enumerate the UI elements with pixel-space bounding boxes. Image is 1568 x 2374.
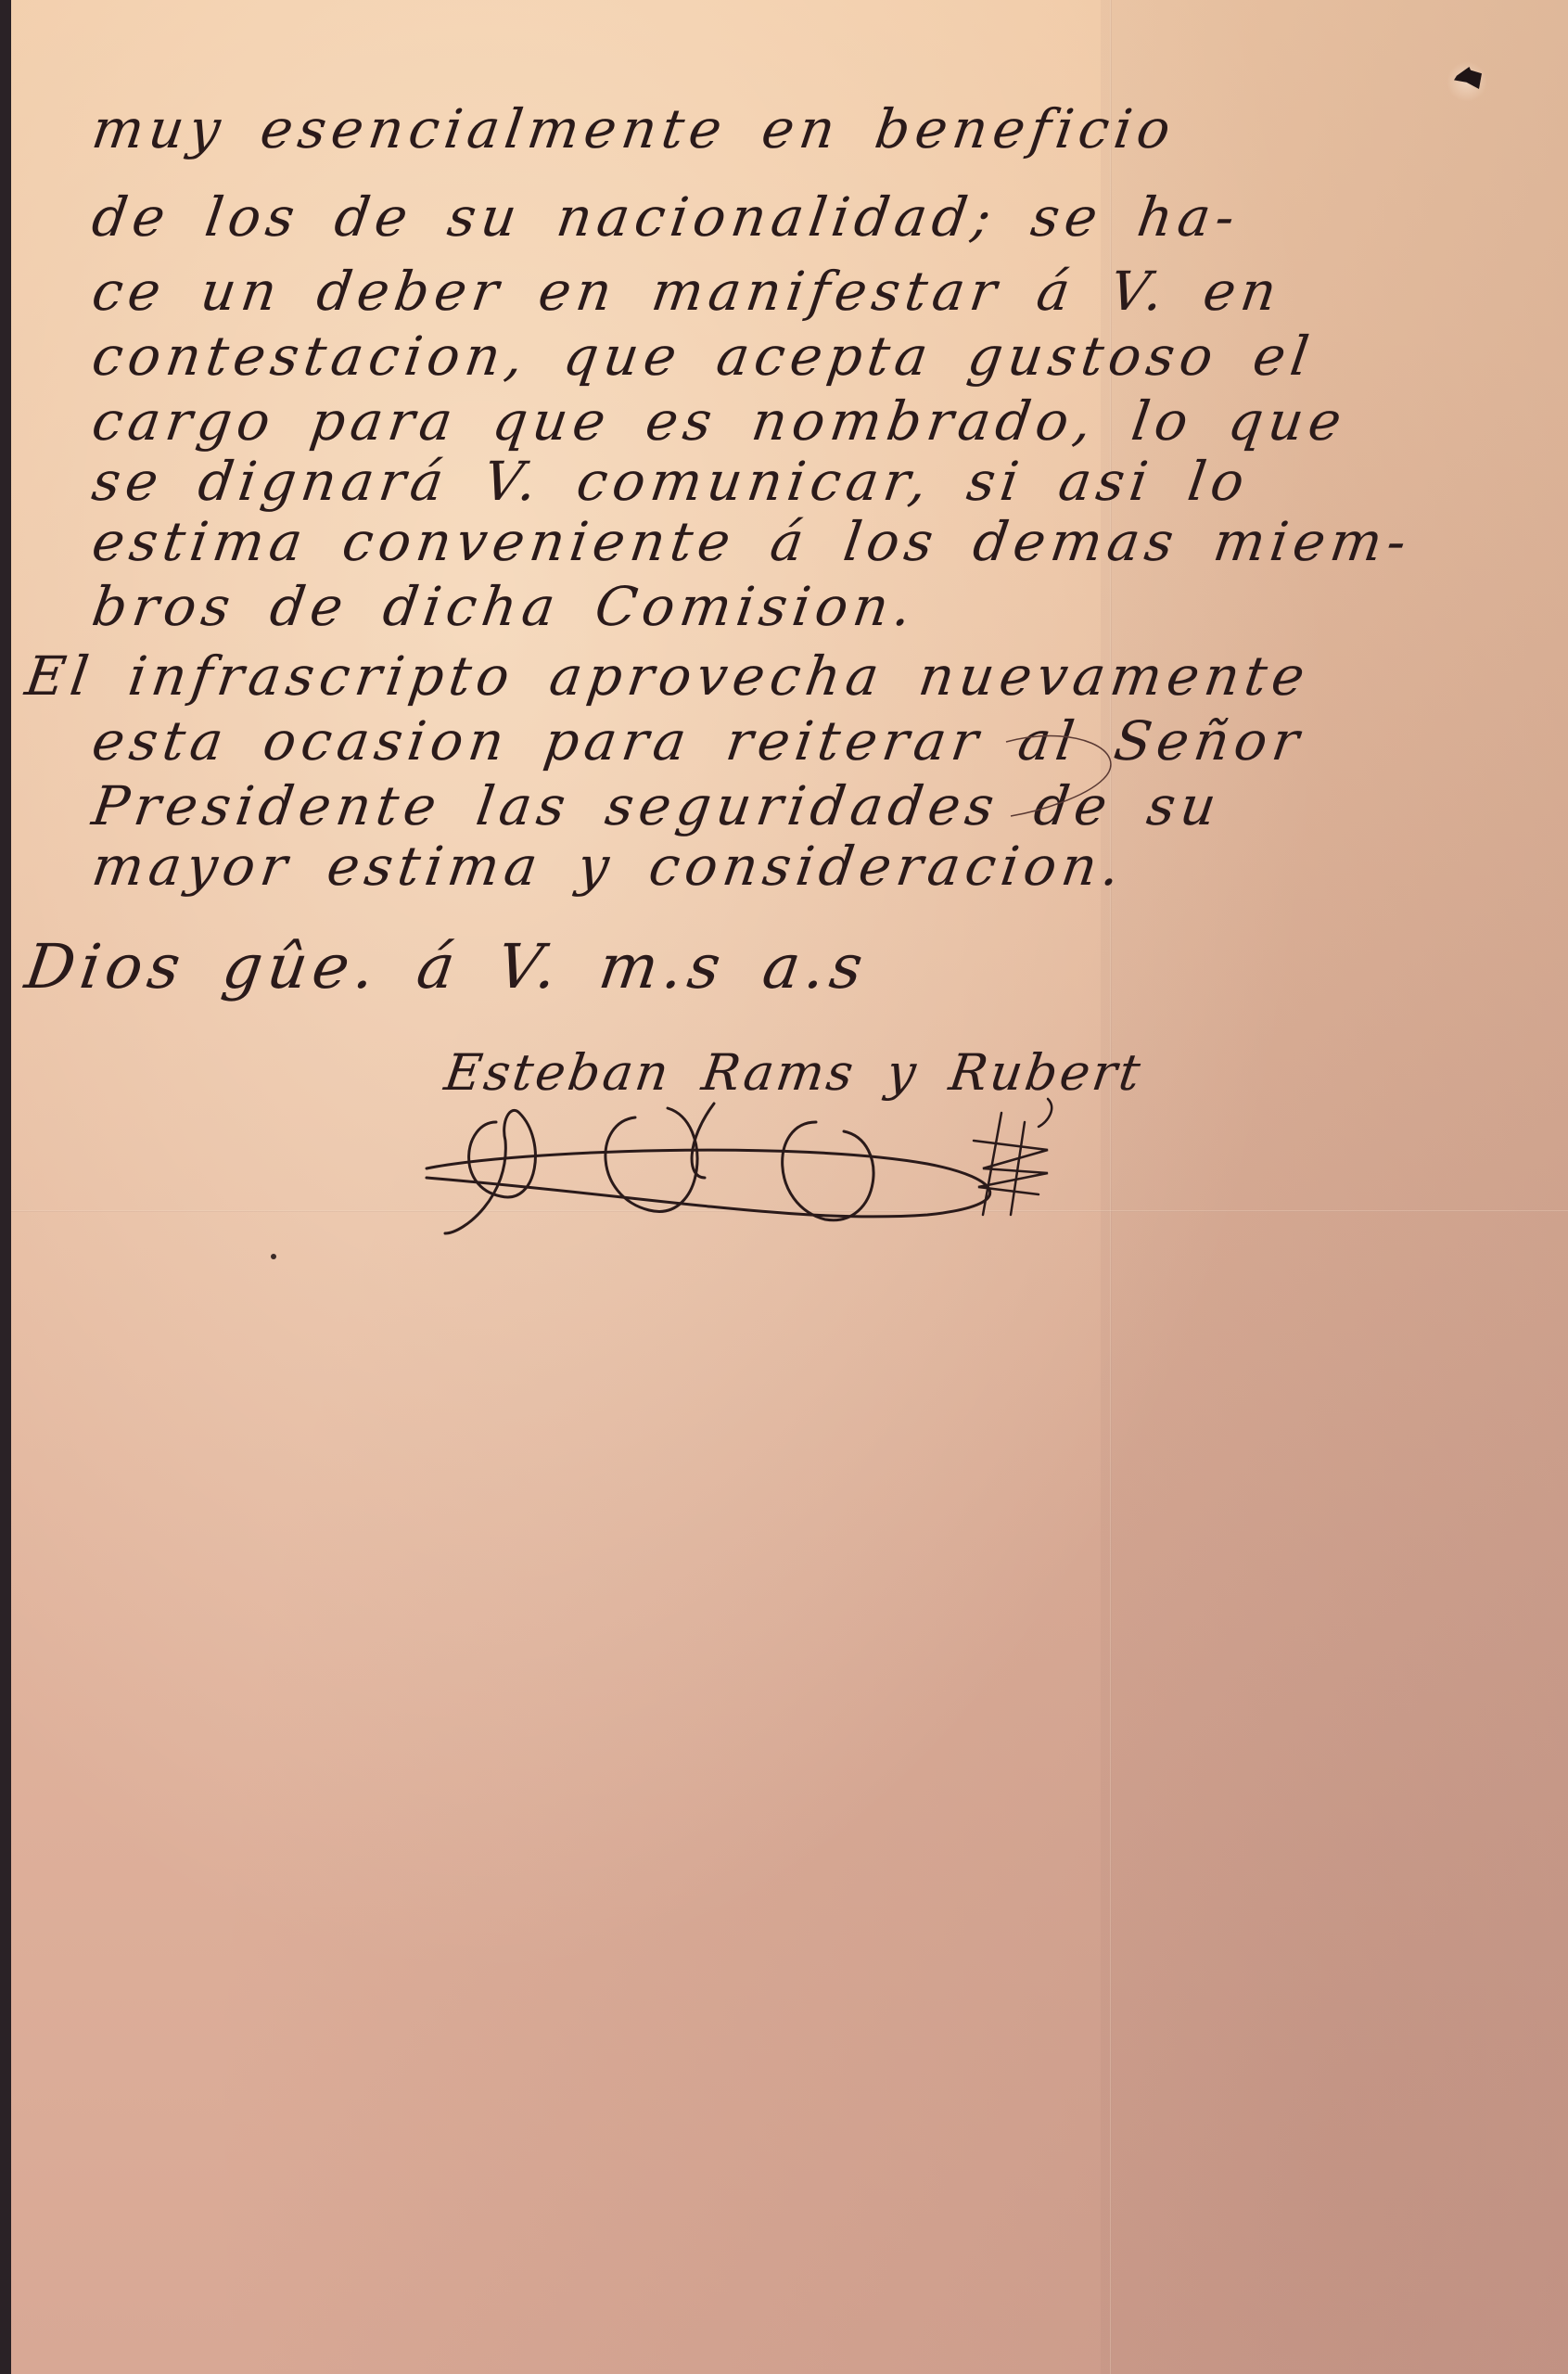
closing-line-1: El infrascripto aprovecha nuevamente (22, 649, 1313, 703)
ink-speck (271, 1254, 276, 1259)
body-line-2: de los de su nacionalidad; se ha- (89, 190, 1243, 244)
body-line-3: ce un deber en manifestar á V. en (89, 264, 1285, 318)
valediction: Dios gûe. á V. m.s a.s (21, 937, 872, 998)
closing-flourish-icon (1001, 723, 1131, 825)
signature-rubric-icon (408, 1085, 1076, 1243)
body-line-5: cargo para que es nombrado, lo que (89, 394, 1350, 448)
closing-line-4: mayor estima y consideracion. (89, 839, 1128, 893)
body-line-1: muy esencialmente en beneficio (89, 102, 1179, 156)
body-line-7: estima conveniente á los demas miem- (89, 515, 1415, 568)
body-line-4: contestacion, que acepta gustoso el (89, 329, 1318, 383)
body-line-6: se dignará V. comunicar, si asi lo (89, 454, 1253, 508)
body-line-8: bros de dicha Comision. (89, 580, 920, 633)
